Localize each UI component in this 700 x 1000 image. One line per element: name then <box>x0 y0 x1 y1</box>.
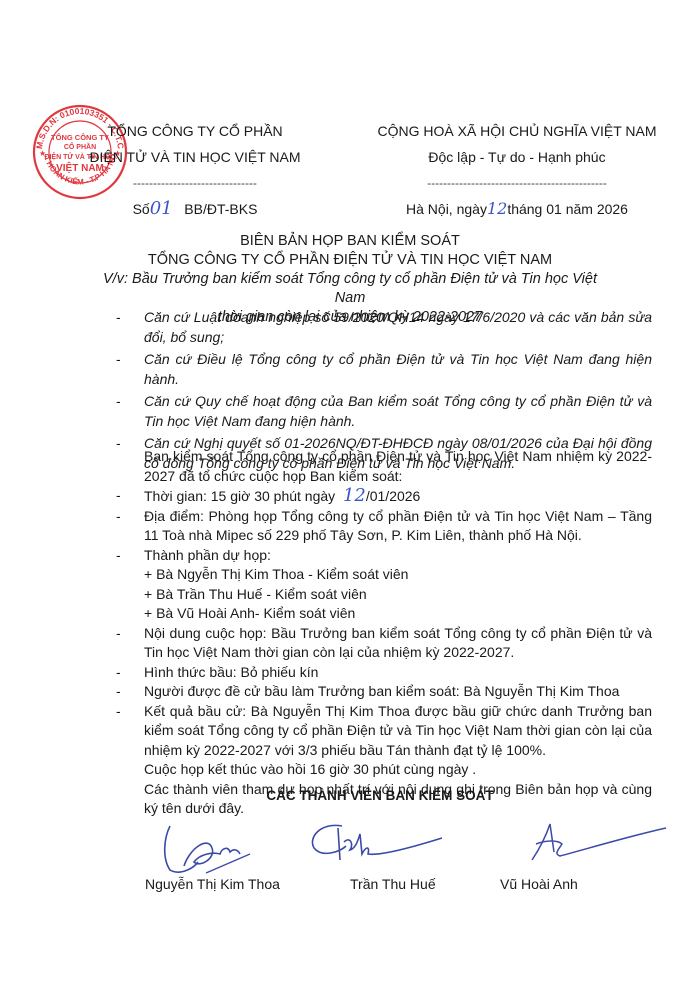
attendee: + Bà Trần Thu Huế - Kiểm soát viên <box>116 585 652 605</box>
title-line2: TỔNG CÔNG TY CỔ PHẦN ĐIỆN TỬ VÀ TIN HỌC … <box>100 251 600 270</box>
company-name-line2: ĐIỆN TỬ VÀ TIN HỌC VIỆT NAM <box>60 144 330 170</box>
meeting-content: Nội dung cuộc họp: Bầu Trưởng ban kiểm s… <box>116 624 652 663</box>
handwritten-number: 01 <box>150 198 173 219</box>
legal-basis-item: Căn cứ Điều lệ Tổng công ty cổ phần Điện… <box>116 350 652 389</box>
attendees-label: Thành phần dự họp: <box>116 546 652 566</box>
voting-form: Hình thức bầu: Bỏ phiếu kín <box>116 663 652 683</box>
header-divider-right: ----------------------------------------… <box>352 170 682 196</box>
intro-paragraph: Ban kiểm soát Tổng công ty cổ phần Điện … <box>116 447 652 486</box>
national-motto: Độc lập - Tự do - Hạnh phúc <box>352 144 682 170</box>
signature-anh-icon <box>510 818 670 868</box>
national-header: CỘNG HOÀ XÃ HỘI CHỦ NGHĨA VIỆT NAM Độc l… <box>352 118 682 222</box>
company-name-line1: TỔNG CÔNG TY CỔ PHẦN <box>60 118 330 144</box>
closing-paragraph: Cuộc họp kết thúc vào hồi 16 giờ 30 phút… <box>116 760 652 780</box>
legal-basis-item: Căn cứ Luật doanh nghiệp số 59/2020/QH14… <box>116 308 652 347</box>
document-date: Hà Nội, ngày12tháng 01 năm 2026 <box>352 196 682 222</box>
handwritten-time-day: 12 <box>343 485 366 506</box>
title-line1: BIÊN BẢN HỌP BAN KIỂM SOÁT <box>100 232 600 251</box>
members-heading: CÁC THÀNH VIÊN BAN KIỂM SOÁT <box>0 788 700 803</box>
attendee: + Bà Vũ Hoài Anh- Kiểm soát viên <box>116 604 652 624</box>
company-header: TỔNG CÔNG TY CỔ PHẦN ĐIỆN TỬ VÀ TIN HỌC … <box>60 118 330 222</box>
signer-name-anh: Vũ Hoài Anh <box>500 876 578 892</box>
meeting-body: Ban kiểm soát Tổng công ty cổ phần Điện … <box>116 447 652 819</box>
election-result: Kết quả bầu cử: Bà Nguyễn Thị Kim Thoa đ… <box>116 702 652 761</box>
signature-thoa-icon <box>150 818 270 878</box>
document-number: Số01 BB/ĐT-BKS <box>60 196 330 222</box>
signer-name-hue: Trần Thu Huế <box>350 876 436 892</box>
subject-line1: V/v: Bầu Trưởng ban kiểm soát Tổng công … <box>100 270 600 308</box>
signer-name-thoa: Nguyễn Thị Kim Thoa <box>145 876 280 892</box>
attendee: + Bà Ngyễn Thị Kim Thoa - Kiểm soát viên <box>116 565 652 585</box>
meeting-time: Thời gian: 15 giờ 30 phút ngày 12/01/202… <box>116 486 652 507</box>
legal-basis-item: Căn cứ Quy chế hoạt động của Ban kiểm so… <box>116 392 652 431</box>
signature-hue-icon <box>300 818 450 868</box>
meeting-location: Địa điểm: Phòng họp Tổng công ty cổ phần… <box>116 507 652 546</box>
nominee: Người được đề cử bầu làm Trưởng ban kiểm… <box>116 682 652 702</box>
handwritten-day: 12 <box>487 199 507 218</box>
national-title: CỘNG HOÀ XÃ HỘI CHỦ NGHĨA VIỆT NAM <box>352 118 682 144</box>
header-divider: ------------------------------- <box>60 170 330 196</box>
